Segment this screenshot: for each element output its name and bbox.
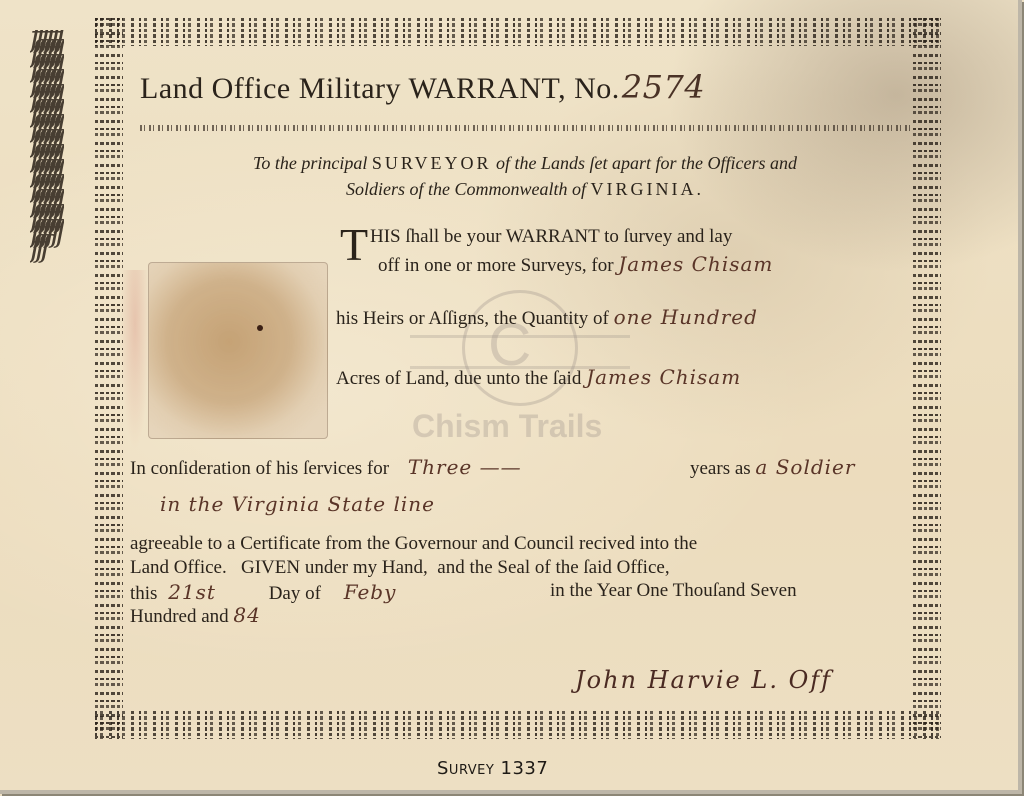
month-value: Feby: [344, 580, 397, 604]
body-line-7: agreeable to a Certificate from the Gove…: [130, 533, 697, 555]
signature: John Harvie L. Off: [575, 666, 832, 694]
address-line-1: To the principal SURVEYOR of the Lands ſ…: [140, 150, 910, 176]
years-value: Three ——: [408, 455, 522, 479]
left-script-border: ſſſſſſſſſſſſſſſſſſſſſſſſſſſſſſſſſſſſſſſſ…: [30, 30, 64, 730]
body-text: this: [130, 583, 157, 604]
body-line-4: Acres of Land, due unto the ſaid James C…: [336, 365, 741, 390]
body-text: Day of: [269, 583, 321, 604]
service-value: in the Virginia State line: [160, 492, 435, 516]
surveyor-word: SURVEYOR: [372, 153, 492, 173]
body-line-5: In conſideration of his ſervices for Thr…: [130, 455, 522, 480]
red-stain: [120, 270, 150, 450]
body-line-9-right: in the Year One Thouſand Seven: [550, 580, 797, 602]
address-block: To the principal SURVEYOR of the Lands ſ…: [140, 150, 910, 202]
grantee-name: James Chisam: [618, 252, 773, 276]
seal-dot: [257, 325, 263, 331]
body-line-8: Land Office. GIVEN under my Hand, and th…: [130, 557, 670, 579]
warrant-number: 2574: [622, 68, 705, 106]
body-line-1: HIS ſhall be your WARRANT to ſurvey and …: [370, 226, 732, 248]
day-value: 21st: [168, 580, 216, 604]
ornament-right: [913, 18, 941, 738]
ornament-top: [95, 18, 945, 46]
address-line-2: Soldiers of the Commonwealth of VIRGINIA…: [140, 176, 910, 202]
body-text: years as: [690, 458, 751, 479]
address-text: To the principal: [253, 153, 372, 173]
watermark-text: Chism Trails: [412, 408, 602, 445]
ornament-bottom: [95, 711, 945, 739]
grantee-name-2: James Chisam: [586, 365, 741, 389]
body-line-3: his Heirs or Aſſigns, the Quantity of on…: [336, 305, 758, 330]
body-line-5-right: years as a Soldier: [690, 455, 855, 480]
body-text: Acres of Land, due unto the ſaid: [336, 368, 581, 389]
body-text: off in one or more Surveys, for: [378, 255, 614, 276]
role-value: a Soldier: [755, 455, 855, 479]
address-text: Soldiers of the Commonwealth of: [346, 179, 591, 199]
drop-cap: T: [340, 222, 368, 268]
seal-stain: [148, 262, 328, 439]
quantity-value: one Hundred: [614, 305, 758, 329]
title-text: Land Office Military WARRANT, No.: [140, 72, 620, 105]
state-word: VIRGINIA.: [591, 179, 704, 199]
body-text: his Heirs or Aſſigns, the Quantity of: [336, 308, 609, 329]
body-line-2: off in one or more Surveys, for James Ch…: [378, 252, 773, 277]
year-value: 84: [233, 603, 260, 627]
title-rule: [140, 125, 910, 131]
body-line-10: Hundred and 84: [130, 603, 261, 628]
document-title: Land Office Military WARRANT, No.2574: [140, 68, 705, 106]
body-text: In conſideration of his ſervices for: [130, 458, 389, 479]
image-caption: Survey 1337: [437, 758, 548, 779]
body-text: Hundred and: [130, 606, 229, 627]
body-line-9: this 21st Day of Feby: [130, 580, 396, 605]
ornament-left: [95, 18, 123, 738]
address-text: of the Lands ſet apart for the Officers …: [491, 153, 797, 173]
